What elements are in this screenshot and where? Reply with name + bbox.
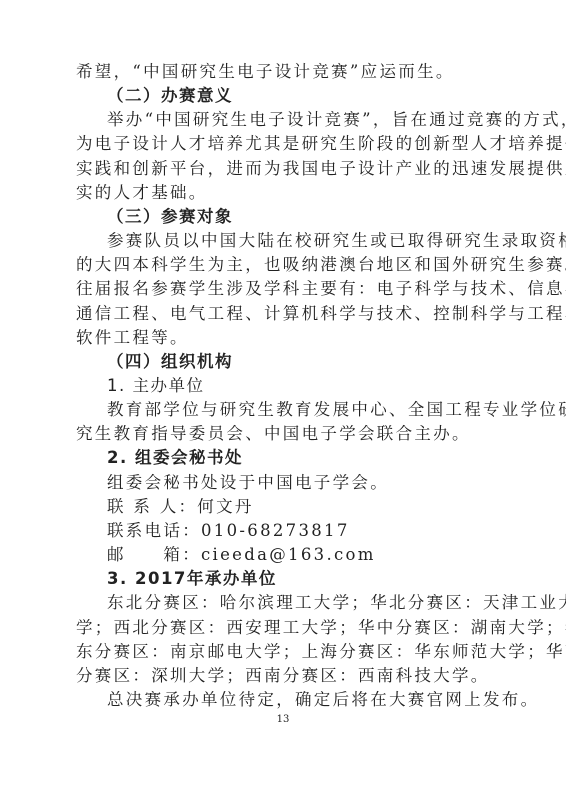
text-line: 实的人才基础。	[76, 183, 490, 203]
text-line: 实践和创新平台，进而为我国电子设计产业的迅速发展提供坚	[76, 159, 490, 179]
contact-email: 邮 箱：cieeda@163.com	[107, 545, 521, 565]
section-heading-purpose: （二）办赛意义	[107, 86, 521, 106]
contact-phone: 联系电话：010-68273817	[107, 521, 521, 541]
text-line: 总决赛承办单位待定，确定后将在大赛官网上发布。	[107, 690, 521, 710]
text-line: 希望，“中国研究生电子设计竞赛”应运而生。	[76, 62, 490, 82]
text-line: 学；西北分赛区：西安理工大学；华中分赛区：湖南大学；华	[76, 618, 490, 638]
contact-person: 联 系 人：何文丹	[107, 497, 521, 517]
page-number: 13	[0, 714, 566, 725]
text-line: 参赛队员以中国大陆在校研究生或已取得研究生录取资格	[107, 231, 521, 251]
text-line: 教育部学位与研究生教育发展中心、全国工程专业学位研	[107, 400, 521, 420]
subheading-host: 1. 主办单位	[107, 376, 521, 396]
document-page: 希望，“中国研究生电子设计竞赛”应运而生。 （二）办赛意义 举办“中国研究生电子…	[0, 0, 566, 800]
text-line: 举办“中国研究生电子设计竞赛”，旨在通过竞赛的方式，	[107, 110, 521, 130]
text-line: 通信工程、电气工程、计算机科学与技术、控制科学与工程、	[76, 304, 490, 324]
text-line: 的大四本科学生为主，也吸纳港澳台地区和国外研究生参赛。	[76, 255, 490, 275]
subheading-organizers-2017: 3. 2017年承办单位	[107, 569, 521, 589]
text-line: 软件工程等。	[76, 328, 490, 348]
text-line: 往届报名参赛学生涉及学科主要有：电子科学与技术、信息与	[76, 279, 490, 299]
text-line: 分赛区：深圳大学；西南分赛区：西南科技大学。	[76, 666, 490, 686]
section-heading-organization: （四）组织机构	[107, 352, 521, 372]
text-line: 为电子设计人才培养尤其是研究生阶段的创新型人才培养提供	[76, 134, 490, 154]
text-line: 组委会秘书处设于中国电子学会。	[107, 473, 521, 493]
text-line: 东分赛区：南京邮电大学；上海分赛区：华东师范大学；华南	[76, 642, 490, 662]
subheading-secretariat: 2. 组委会秘书处	[107, 448, 521, 468]
text-line: 东北分赛区：哈尔滨理工大学；华北分赛区：天津工业大	[107, 593, 521, 613]
section-heading-participants: （三）参赛对象	[107, 207, 521, 227]
text-line: 究生教育指导委员会、中国电子学会联合主办。	[76, 424, 490, 444]
